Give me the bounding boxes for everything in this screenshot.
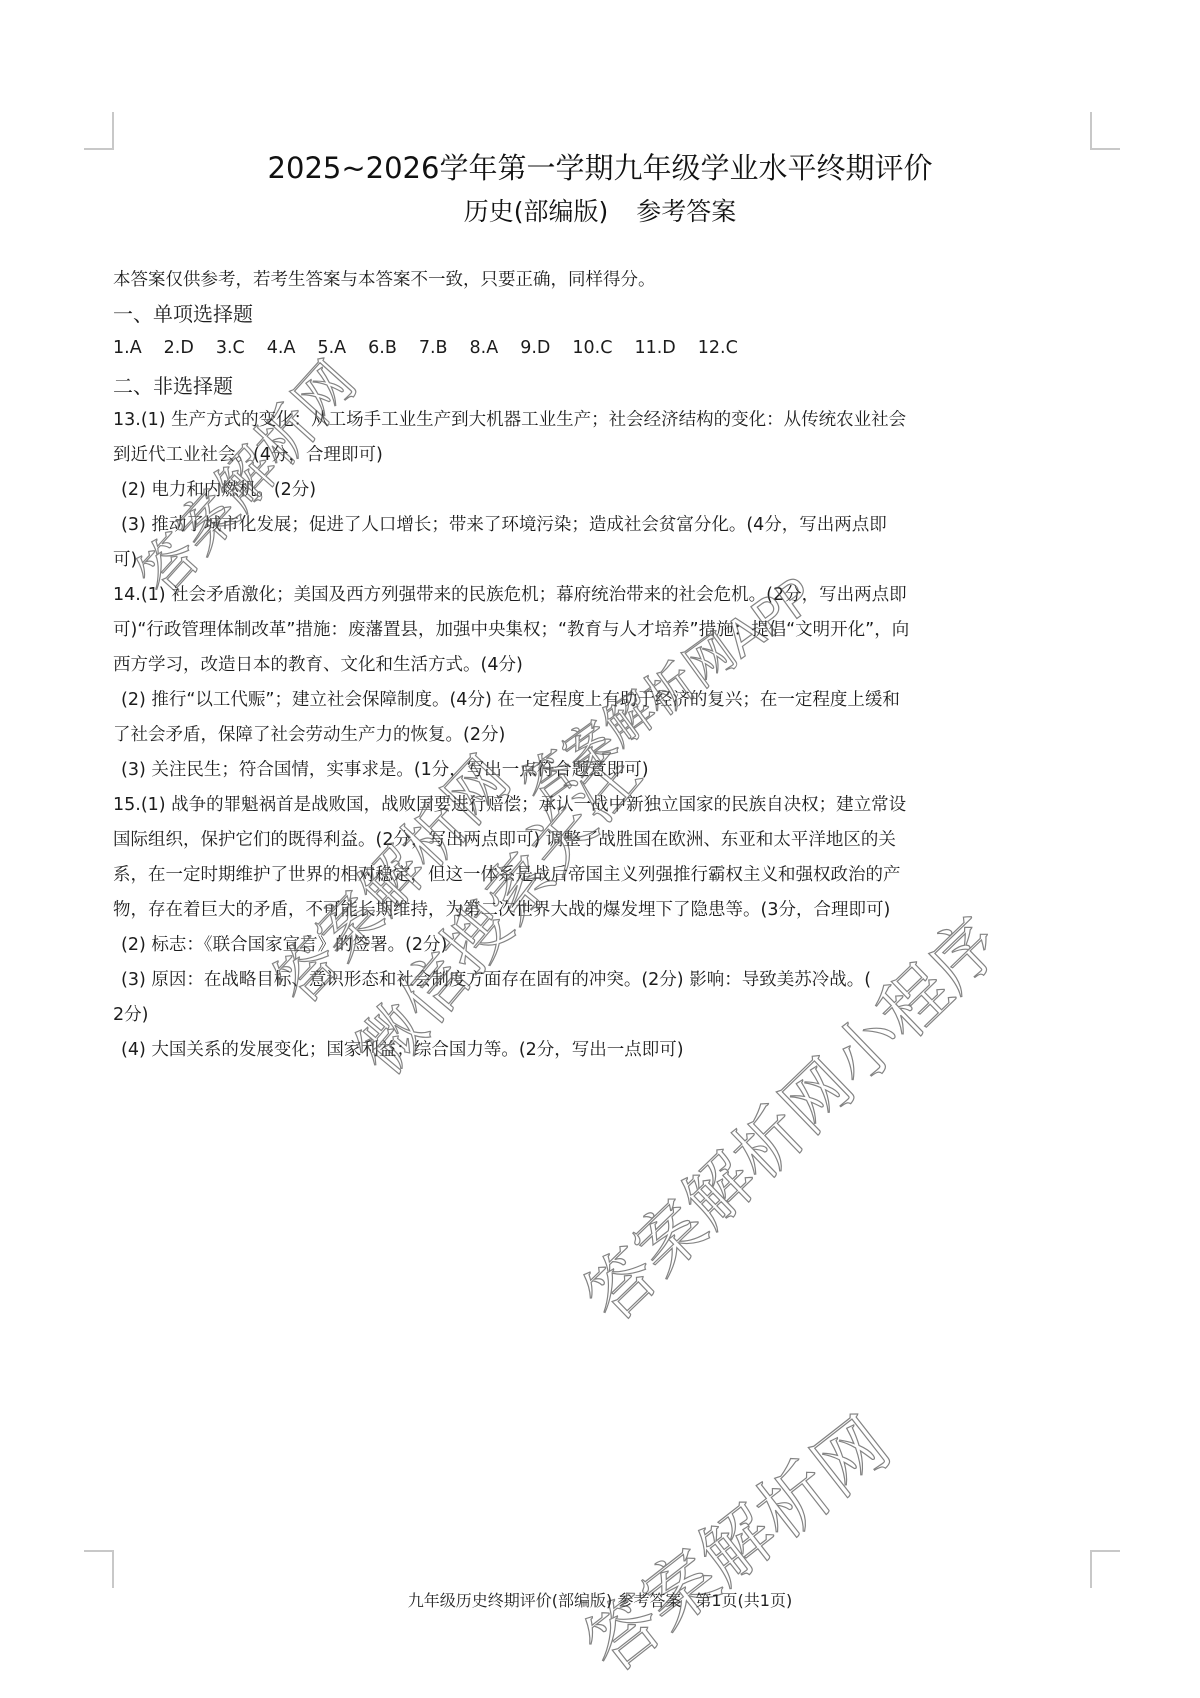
answer-line-q13-1: 13.(1) 生产方式的变化：从工场手工业生产到大机器工业生产；社会经济结构的变… [113,403,1093,438]
answer-line-q15-1-cont: 国际组织，保护它们的既得利益。(2分，写出两点即可) 调整了战胜国在欧洲、东亚和… [113,823,1093,858]
crop-mark-top-right [1090,112,1120,150]
answer-line-q15-2: (2) 标志：《联合国家宣言》的签署。(2分) [113,928,1093,963]
crop-mark-bottom-right [1090,1550,1120,1588]
section-heading-non-choice: 二、非选择题 [113,370,1093,403]
footer-page-number: 第1页(共1页) [695,1591,792,1610]
scoring-note: 本答案仅供参考，若考生答案与本答案不一致，只要正确，同样得分。 [113,263,1093,298]
answer-line-q14-1-cont: 可)“行政管理体制改革”措施：废藩置县，加强中央集权；“教育与人才培养”措施：提… [113,613,1093,648]
answer-line-q14-1: 14.(1) 社会矛盾激化；美国及西方列强带来的民族危机；幕府统治带来的社会危机… [113,578,1093,613]
mc-answer: 1.A [113,331,142,366]
subtitle-type: 参考答案 [636,197,736,226]
page-subtitle: 历史(部编版)参考答案 [0,192,1200,228]
answer-line-q14-1-cont2: 西方学习，改造日本的教育、文化和生活方式。(4分) [113,648,1093,683]
mc-answer: 5.A [317,331,346,366]
mc-answer: 8.A [470,331,499,366]
answer-line-q15-4: (4) 大国关系的发展变化；国家利益；综合国力等。(2分，写出一点即可) [113,1033,1093,1068]
mc-answer: 7.B [419,331,448,366]
mc-answer: 11.D [634,331,675,366]
answer-line-q13-3-cont: 可) [113,543,1093,578]
footer-doc-label: 九年级历史终期评价(部编版) 参考答案 [408,1591,682,1610]
subtitle-subject: 历史(部编版) [464,197,609,226]
mc-answer: 12.C [698,331,738,366]
section-heading-multiple-choice: 一、单项选择题 [113,298,1093,331]
mc-answer: 4.A [267,331,296,366]
answer-line-q15-3-cont: 2分) [113,998,1093,1033]
mc-answer: 10.C [572,331,612,366]
mc-answer: 9.D [520,331,550,366]
answer-line-q14-2: (2) 推行“以工代赈”；建立社会保障制度。(4分) 在一定程度上有助于经济的复… [113,683,1093,718]
multiple-choice-answers: 1.A 2.D 3.C 4.A 5.A 6.B 7.B 8.A 9.D 10.C… [113,331,1093,366]
answer-line-q15-1: 15.(1) 战争的罪魁祸首是战败国，战败国要进行赔偿；承认一战中新独立国家的民… [113,788,1093,823]
answer-line-q15-1-cont3: 物，存在着巨大的矛盾，不可能长期维持，为第二次世界大战的爆发埋下了隐患等。(3分… [113,893,1093,928]
mc-answer: 2.D [164,331,194,366]
crop-mark-bottom-left [84,1550,114,1588]
answer-line-q14-2-cont: 了社会矛盾，保障了社会劳动生产力的恢复。(2分) [113,718,1093,753]
mc-answer: 6.B [368,331,397,366]
crop-mark-top-left [84,112,114,150]
answer-line-q15-3: (3) 原因：在战略目标、意识形态和社会制度方面存在固有的冲突。(2分) 影响：… [113,963,1093,998]
answer-content: 本答案仅供参考，若考生答案与本答案不一致，只要正确，同样得分。 一、单项选择题 … [113,263,1093,1068]
answer-line-q13-1-cont: 到近代工业社会。(4分，合理即可) [113,438,1093,473]
page-title: 2025~2026学年第一学期九年级学业水平终期评价 [0,146,1200,187]
answer-line-q14-3: (3) 关注民生；符合国情，实事求是。(1分，写出一点符合题意即可) [113,753,1093,788]
answer-line-q15-1-cont2: 系，在一定时期维护了世界的相对稳定，但这一体系是战后帝国主义列强推行霸权主义和强… [113,858,1093,893]
answer-line-q13-3: (3) 推动了城市化发展；促进了人口增长；带来了环境污染；造成社会贫富分化。(4… [113,508,1093,543]
watermark-text: 答案解析网 [560,1388,908,1692]
answer-line-q13-2: (2) 电力和内燃机。(2分) [113,473,1093,508]
mc-answer: 3.C [216,331,245,366]
page-footer: 九年级历史终期评价(部编版) 参考答案第1页(共1页) [0,1588,1200,1611]
